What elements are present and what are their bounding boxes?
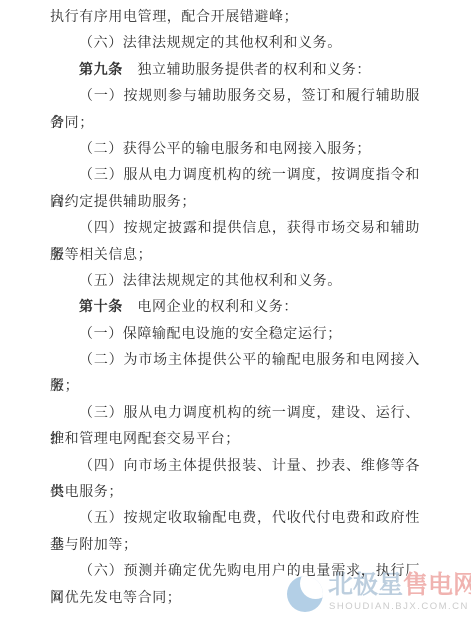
text-line: 第九条 独立辅助服务提供者的权利和义务： bbox=[50, 58, 420, 84]
text-line: 执行有序用电管理，配合开展错避峰； bbox=[50, 5, 420, 31]
text-line: 合同； bbox=[50, 111, 420, 137]
text-line: （六）法律法规规定的其他权利和义务。 bbox=[50, 31, 420, 57]
text-line: （五）按规定收取输配电费，代收代付电费和政府性基 bbox=[50, 506, 420, 532]
text-line: （二）为市场主体提供公平的输配电服务和电网接入服 bbox=[50, 348, 420, 374]
document-page: 北极星售电网 SHOUDIAN.BJX.COM.CN 执行有序用电管理，配合开展… bbox=[0, 0, 471, 624]
text-line: 间优先发电等合同； bbox=[50, 586, 420, 612]
text-line: （四）按规定披露和提供信息，获得市场交易和辅助服 bbox=[50, 216, 420, 242]
text-line: 供电服务； bbox=[50, 480, 420, 506]
text-line: 务； bbox=[50, 374, 420, 400]
text-line: （三）服从电力调度机构的统一调度，建设、运行、维 bbox=[50, 401, 420, 427]
article-number: 第九条 bbox=[79, 63, 123, 78]
text-line: 金与附加等； bbox=[50, 533, 420, 559]
text-line: （一）按规则参与辅助服务交易，签订和履行辅助服务 bbox=[50, 84, 420, 110]
text-line: （四）向市场主体提供报装、计量、抄表、维修等各类 bbox=[50, 454, 420, 480]
text-line: 务等相关信息； bbox=[50, 243, 420, 269]
text-line: （三）服从电力调度机构的统一调度，按调度指令和合 bbox=[50, 163, 420, 189]
document-text: 执行有序用电管理，配合开展错避峰；（六）法律法规规定的其他权利和义务。第九条 独… bbox=[0, 0, 471, 624]
text-line: （六）预测并确定优先购电用户的电量需求，执行厂网 bbox=[50, 559, 420, 585]
text-line: 同约定提供辅助服务； bbox=[50, 190, 420, 216]
text-line: 护和管理电网配套交易平台； bbox=[50, 427, 420, 453]
text-line: （一）保障输配电设施的安全稳定运行； bbox=[50, 322, 420, 348]
text-line: （二）获得公平的输电服务和电网接入服务； bbox=[50, 137, 420, 163]
text-line: （五）法律法规规定的其他权利和义务。 bbox=[50, 269, 420, 295]
text-line: 第十条 电网企业的权利和义务： bbox=[50, 295, 420, 321]
article-number: 第十条 bbox=[79, 300, 123, 315]
